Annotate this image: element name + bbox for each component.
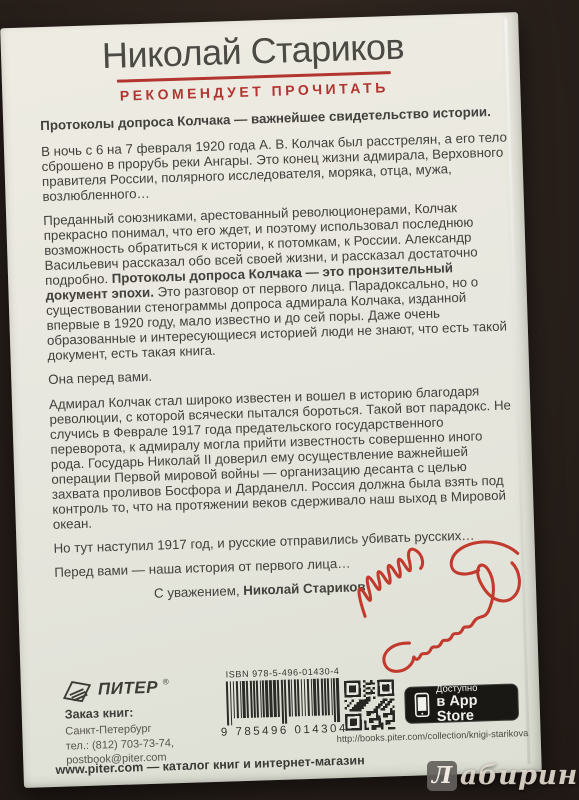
labirint-watermark-initial: Л xyxy=(427,761,457,791)
line-ona-pered-vami: Она перед вами. xyxy=(48,357,514,387)
author-name: Николай Стариков xyxy=(1,22,506,80)
appstore-badge: Доступно в App Store xyxy=(404,683,519,724)
order-info: Заказ книг: Санкт-Петербург тел.: (812) … xyxy=(65,704,175,768)
publisher-logo-text: ПИТЕР xyxy=(98,678,159,700)
iphone-icon xyxy=(414,692,430,717)
paragraph-kolchak-death: В ночь с 6 на 7 февраля 1920 года А. В. … xyxy=(41,129,509,204)
barcode xyxy=(213,678,354,726)
books-collection-url: http://books.piter.com/collection/knigi-… xyxy=(337,728,529,744)
appstore-text: Доступно в App Store xyxy=(436,681,518,725)
qr-code-icon xyxy=(344,679,396,731)
book-back-cover: Николай Стариков РЕКОМЕНДУЕТ ПРОЧИТАТЬ П… xyxy=(0,12,542,788)
piter-logo-icon xyxy=(61,678,94,703)
appstore-line2: в App Store xyxy=(436,692,518,725)
labirint-watermark-text: абиринт.ру xyxy=(460,760,579,791)
photo-stage: Николай Стариков РЕКОМЕНДУЕТ ПРОЧИТАТЬ П… xyxy=(0,0,579,800)
labirint-watermark: Л абиринт.ру xyxy=(427,760,579,791)
publisher-logo: ПИТЕР® xyxy=(61,675,170,702)
signature-autograph xyxy=(342,524,544,690)
order-title: Заказ книг: xyxy=(65,704,174,721)
regards-prefix: С уважением, xyxy=(154,583,244,601)
paragraph-admiral-history: Адмирал Колчак стал широко известен и во… xyxy=(49,382,519,532)
barcode-block: ISBN 978-5-496-01430-4 9 785496 014304 xyxy=(212,666,354,739)
header: Николай Стариков РЕКОМЕНДУЕТ ПРОЧИТАТЬ xyxy=(1,22,507,107)
intro-line: Протоколы допроса Колчака — важнейшее св… xyxy=(40,103,506,133)
registered-mark: ® xyxy=(163,677,169,686)
paragraph-protocols: Преданный союзниками, арестованный револ… xyxy=(43,198,513,363)
recommendation-tagline: РЕКОМЕНДУЕТ ПРОЧИТАТЬ xyxy=(2,75,506,107)
